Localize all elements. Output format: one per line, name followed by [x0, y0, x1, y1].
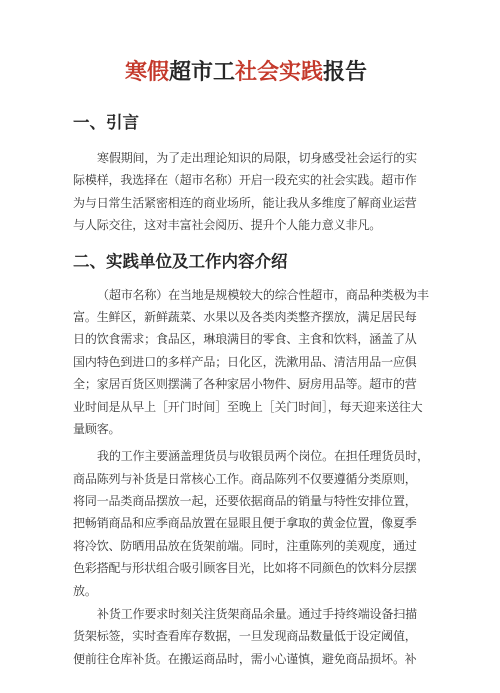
- document-sections: 一、引言寒假期间，为了走出理论知识的局限，切身感受社会运行的实际模样，我选择在（…: [73, 112, 419, 670]
- paragraph: 寒假期间，为了走出理论知识的局限，切身感受社会运行的实际模样，我选择在（超市名称…: [73, 147, 419, 237]
- paragraph-line: 际模样，我选择在（超市名称）开启一段充实的社会实践。超市作: [73, 169, 419, 191]
- paragraph: （超市名称）在当地是规模较大的综合性超市，商品种类极为丰富。生鲜区，新鲜蔬菜、水…: [73, 284, 419, 441]
- title-segment: 报告: [323, 59, 367, 84]
- document-content: 寒假超市工社会实践报告 一、引言寒假期间，为了走出理论知识的局限，切身感受社会运…: [73, 57, 419, 670]
- paragraph-line: 日的饮食需求；食品区，琳琅满目的零食、主食和饮料，涵盖了从: [73, 328, 419, 350]
- paragraph-line: 业时间是从早上［开门时间］至晚上［关门时间］，每天迎来送往大: [73, 396, 419, 418]
- paragraph-line: 我的工作主要涵盖理货员与收银员两个岗位。在担任理货员时，: [73, 445, 419, 467]
- paragraph-line: 量顾客。: [73, 418, 419, 440]
- paragraph-line: 便前往仓库补货。在搬运商品时，需小心谨慎，避免商品损坏。补: [73, 648, 419, 670]
- paragraph: 我的工作主要涵盖理货员与收银员两个岗位。在担任理货员时，商品陈列与补货是日常核心…: [73, 445, 419, 602]
- paragraph-line: 把畅销商品和应季商品放置在显眼且便于拿取的黄金位置，像夏季: [73, 512, 419, 534]
- title-segment: 社会实践: [235, 59, 323, 84]
- paragraph-line: 将同一品类商品摆放一起，还要依据商品的销量与特性安排位置，: [73, 490, 419, 512]
- paragraph-line: 补货工作要求时刻关注货架商品余量。通过手持终端设备扫描: [73, 603, 419, 625]
- paragraph-line: 将冷饮、防晒用品放在货架前端。同时，注重陈列的美观度，通过: [73, 535, 419, 557]
- paragraph-line: 寒假期间，为了走出理论知识的局限，切身感受社会运行的实: [73, 147, 419, 169]
- paragraph-line: 国内特色到进口的多样产品；日化区，洗漱用品、清洁用品一应俱: [73, 351, 419, 373]
- title-segment: 寒假: [125, 59, 169, 84]
- section-heading: 二、实践单位及工作内容介绍: [73, 251, 419, 273]
- paragraph-line: 为与日常生活紧密相连的商业场所，能让我从多维度了解商业运营: [73, 192, 419, 214]
- paragraph-line: 放。: [73, 580, 419, 602]
- paragraph-line: 全；家居百货区则摆满了各种家居小物件、厨房用品等。超市的营: [73, 373, 419, 395]
- paragraph-line: 商品陈列与补货是日常核心工作。商品陈列不仅要遵循分类原则，: [73, 468, 419, 490]
- paragraph: 补货工作要求时刻关注货架商品余量。通过手持终端设备扫描货架标签，实时查看库存数据…: [73, 603, 419, 670]
- paragraph-line: 富。生鲜区，新鲜蔬菜、水果以及各类肉类整齐摆放，满足居民每: [73, 306, 419, 328]
- document-title: 寒假超市工社会实践报告: [73, 57, 419, 87]
- title-segment: 超市工: [169, 59, 235, 84]
- document-page: 寒假超市工社会实践报告 一、引言寒假期间，为了走出理论知识的局限，切身感受社会运…: [0, 0, 500, 693]
- section-heading: 一、引言: [73, 112, 419, 134]
- paragraph-line: 货架标签，实时查看库存数据，一旦发现商品数量低于设定阈值，: [73, 625, 419, 647]
- paragraph-line: 与人际交往，这对丰富社会阅历、提升个人能力意义非凡。: [73, 214, 419, 236]
- paragraph-line: （超市名称）在当地是规模较大的综合性超市，商品种类极为丰: [73, 284, 419, 306]
- paragraph-line: 色彩搭配与形状组合吸引顾客目光，比如将不同颜色的饮料分层摆: [73, 557, 419, 579]
